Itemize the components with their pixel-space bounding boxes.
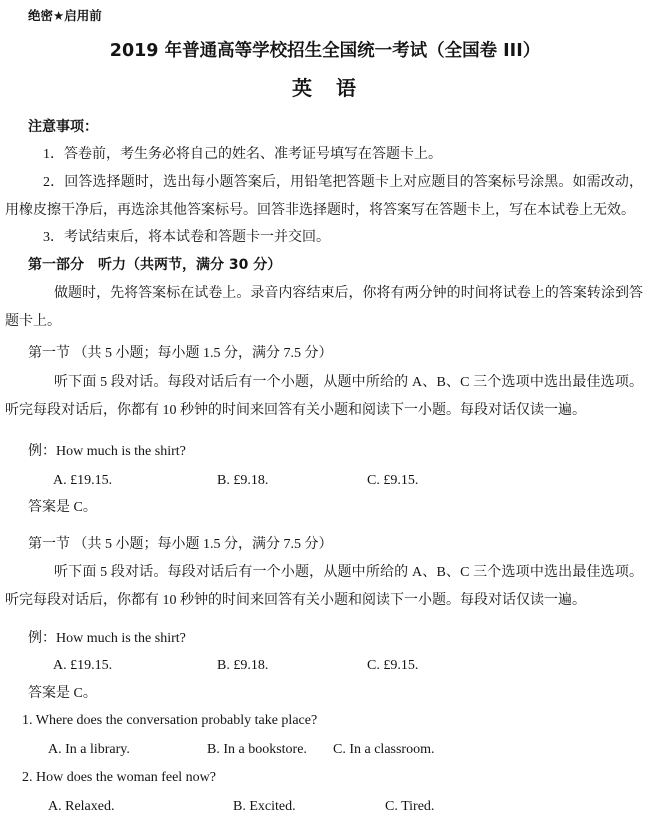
question-1-options-row: A. In a library. B. In a bookstore. C. I… (48, 736, 622, 764)
section2-heading: 第一节 （共 5 小题；每小题 1.5 分，满分 7.5 分） (28, 531, 622, 559)
notice-heading: 注意事项： (28, 113, 622, 141)
example-answer: 答案是 C。 (28, 494, 622, 522)
example-option-c: C. £9.15. (367, 467, 418, 495)
example-option-c: C. £9.15. (367, 652, 418, 680)
notice-item-3: 3．考试结束后，将本试卷和答题卡一并交回。 (28, 224, 622, 252)
section2-instructions: 听下面 5 段对话。每段对话后有一个小题，从题中所给的 A、B、C 三个选项中选… (5, 559, 643, 615)
example-option-a: A. £19.15. (53, 467, 217, 495)
notice-item-2: 2．回答选择题时，选出每小题答案后，用铅笔把答题卡上对应题目的答案标号涂黑。如需… (5, 169, 643, 225)
example-answer: 答案是 C。 (28, 680, 622, 708)
question-1-option-a: A. In a library. (48, 736, 207, 764)
example-options-row: A. £19.15. B. £9.18. C. £9.15. (53, 467, 622, 495)
part1-heading: 第一部分 听力（共两节，满分 30 分） (28, 251, 622, 279)
example-option-a: A. £19.15. (53, 652, 217, 680)
subject-title: 英 语 (28, 74, 622, 102)
exam-title: 2019 年普通高等学校招生全国统一考试（全国卷 III） (28, 38, 622, 64)
question-1-option-b: B. In a bookstore. (207, 736, 333, 764)
question-2-options-row: A. Relaxed. B. Excited. C. Tired. (48, 793, 622, 821)
question-1-option-c: C. In a classroom. (333, 736, 434, 764)
section1-instructions: 听下面 5 段对话。每段对话后有一个小题，从题中所给的 A、B、C 三个选项中选… (5, 369, 643, 425)
question-2-option-b: B. Excited. (233, 793, 385, 821)
question-2-prompt: 2. How does the woman feel now? (22, 764, 622, 792)
section1-heading: 第一节 （共 5 小题；每小题 1.5 分，满分 7.5 分） (28, 340, 622, 368)
classification-label: 绝密★启用前 (28, 8, 622, 24)
example-option-b: B. £9.18. (217, 467, 367, 495)
notice-item-1: 1．答卷前，考生务必将自己的姓名、准考证号填写在答题卡上。 (28, 141, 622, 169)
example-prompt: 例：How much is the shirt? (28, 438, 622, 466)
example-options-row: A. £19.15. B. £9.18. C. £9.15. (53, 652, 622, 680)
question-1-prompt: 1. Where does the conversation probably … (22, 707, 622, 735)
part1-instructions: 做题时，先将答案标在试卷上。录音内容结束后，你将有两分钟的时间将试卷上的答案转涂… (5, 280, 643, 336)
question-2-option-c: C. Tired. (385, 793, 434, 821)
question-2-option-a: A. Relaxed. (48, 793, 233, 821)
example-prompt: 例：How much is the shirt? (28, 625, 622, 653)
example-option-b: B. £9.18. (217, 652, 367, 680)
exam-paper-page: 绝密★启用前 2019 年普通高等学校招生全国统一考试（全国卷 III） 英 语… (0, 0, 650, 833)
